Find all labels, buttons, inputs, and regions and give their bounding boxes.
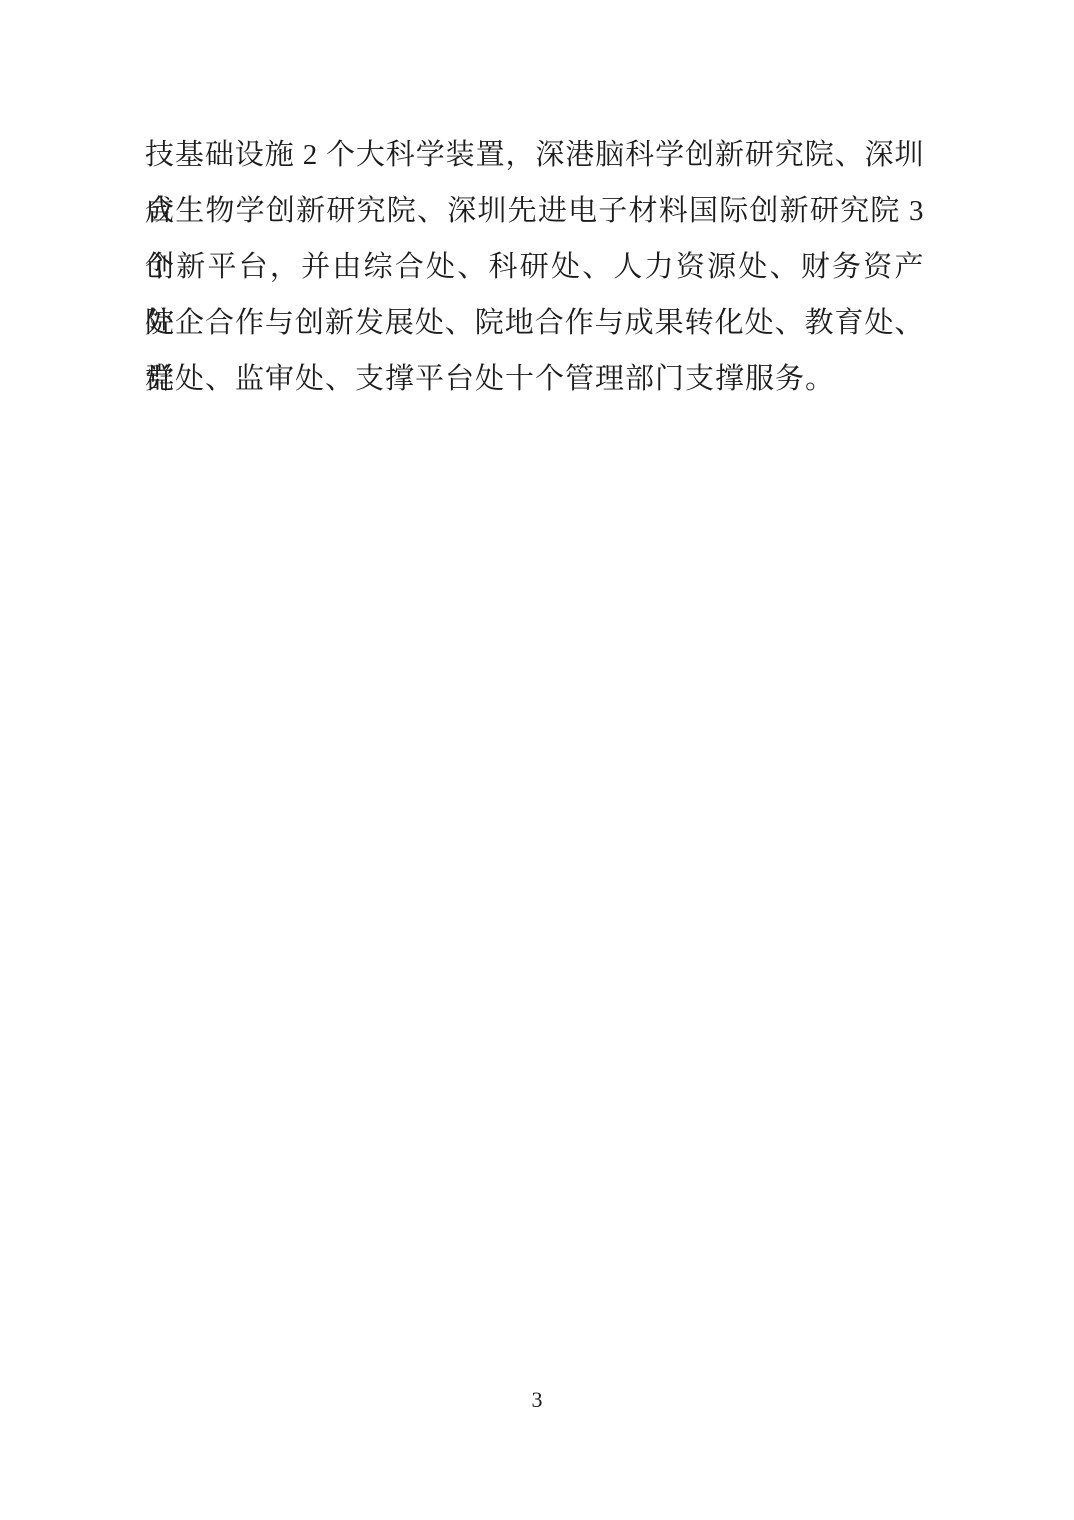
paragraph-line: 院企合作与创新发展处、院地合作与成果转化处、教育处、党 <box>145 295 924 351</box>
paragraph-line: 成生物学创新研究院、深圳先进电子材料国际创新研究院 3 个 <box>145 183 924 239</box>
paragraph-line: 创新平台，并由综合处、科研处、人力资源处、财务资产处、 <box>145 239 924 295</box>
document-page: 技基础设施 2 个大科学装置，深港脑科学创新研究院、深圳合 成生物学创新研究院、… <box>0 0 1074 1520</box>
page-number: 3 <box>0 1385 1074 1415</box>
paragraph-line: 群处、监审处、支撑平台处十个管理部门支撑服务。 <box>145 351 924 407</box>
body-paragraph: 技基础设施 2 个大科学装置，深港脑科学创新研究院、深圳合 成生物学创新研究院、… <box>145 127 924 407</box>
paragraph-line: 技基础设施 2 个大科学装置，深港脑科学创新研究院、深圳合 <box>145 127 924 183</box>
